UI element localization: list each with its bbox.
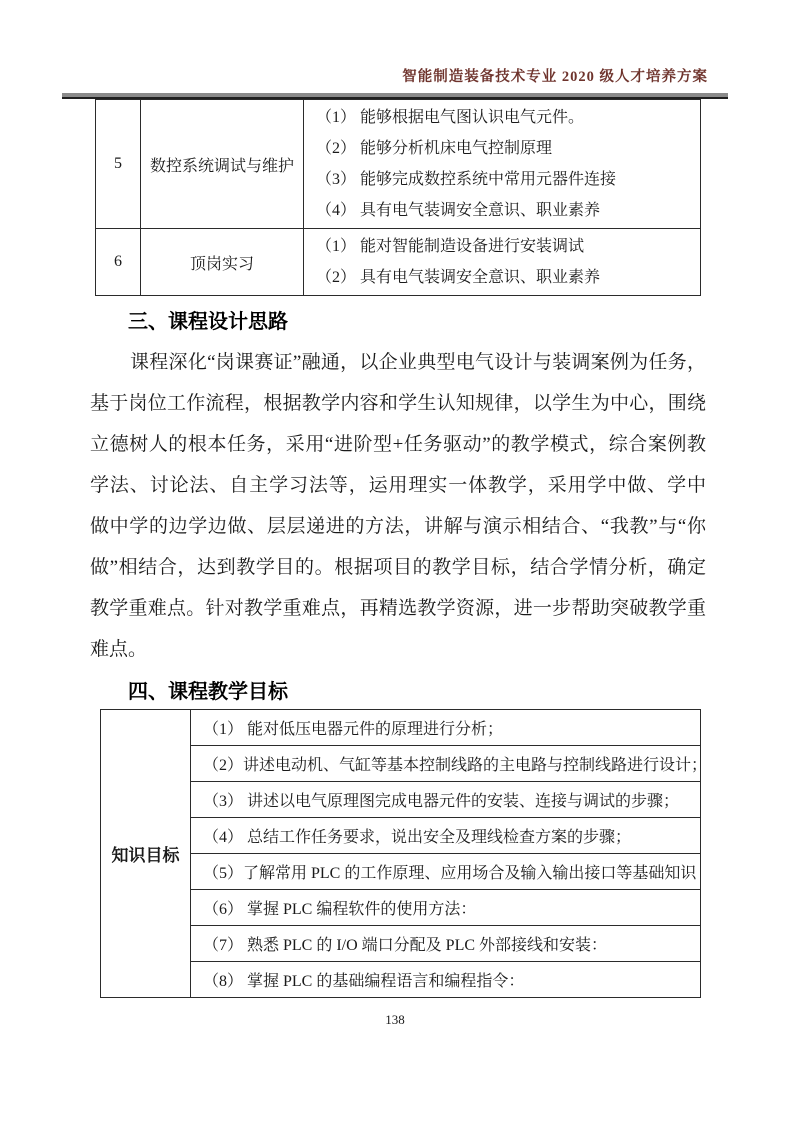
table-row: （4） 总结工作任务要求，说出安全及理线检查方案的步骤； <box>101 818 701 854</box>
objectives-cell: （1） 能对智能制造设备进行安装调试 （2） 具有电气装调安全意识、职业素养 <box>304 229 701 296</box>
document-page: 智能制造装备技术专业 2020 级人才培养方案 5 数控系统调试与维护 （1） … <box>0 0 793 1122</box>
table-row: 知识目标 （1） 能对低压电器元件的原理进行分析； <box>101 710 701 746</box>
design-approach-paragraph: 课程深化“岗课赛证”融通，以企业典型电气设计与装调案例为任务， 基于岗位工作流程… <box>90 342 706 670</box>
knowledge-goals-header-cell: 知识目标 <box>101 710 191 998</box>
goal-item: （5）了解常用 PLC 的工作原理、应用场合及输入输出接口等基础知识。 <box>203 860 696 883</box>
paragraph-line: 教学重难点。针对教学重难点，再精选教学资源，进一步帮助突破教学重 <box>90 588 706 629</box>
goal-item: （6） 掌握 PLC 编程软件的使用方法： <box>203 896 696 919</box>
row-number-cell: 6 <box>96 229 141 296</box>
paragraph-line: 立德树人的根本任务，采用“进阶型+任务驱动”的教学模式，综合案例教 <box>90 424 706 465</box>
goal-cell: （3） 讲述以电气原理图完成电器元件的安装、连接与调试的步骤； <box>191 782 701 818</box>
goal-item: （2）讲述电动机、气缸等基本控制线路的主电路与控制线路进行设计； <box>203 752 696 775</box>
table-row: 5 数控系统调试与维护 （1） 能够根据电气图认识电气元件。 （2） 能够分析机… <box>96 100 701 229</box>
table-row: （7） 熟悉 PLC 的 I/O 端口分配及 PLC 外部接线和安装： <box>101 926 701 962</box>
paragraph-line: 课程深化“岗课赛证”融通，以企业典型电气设计与装调案例为任务， <box>90 342 706 383</box>
table-row: （2）讲述电动机、气缸等基本控制线路的主电路与控制线路进行设计； <box>101 746 701 782</box>
knowledge-goals-table: 知识目标 （1） 能对低压电器元件的原理进行分析； （2）讲述电动机、气缸等基本… <box>100 709 701 998</box>
table-row: 6 顶岗实习 （1） 能对智能制造设备进行安装调试 （2） 具有电气装调安全意识… <box>96 229 701 296</box>
goal-item: （4） 总结工作任务要求，说出安全及理线检查方案的步骤； <box>203 824 696 847</box>
section-heading-design-approach: 三、课程设计思路 <box>128 308 793 336</box>
objective-item: （1） 能够根据电气图认识电气元件。 <box>316 102 696 133</box>
objectives-cell: （1） 能够根据电气图认识电气元件。 （2） 能够分析机床电气控制原理 （3） … <box>304 100 701 229</box>
paragraph-line: 基于岗位工作流程，根据教学内容和学生认知规律，以学生为中心，围绕 <box>90 383 706 424</box>
goal-item: （8） 掌握 PLC 的基础编程语言和编程指令： <box>203 968 696 991</box>
table-row: （5）了解常用 PLC 的工作原理、应用场合及输入输出接口等基础知识。 <box>101 854 701 890</box>
goal-item: （1） 能对低压电器元件的原理进行分析； <box>203 716 696 739</box>
goal-cell: （6） 掌握 PLC 编程软件的使用方法： <box>191 890 701 926</box>
row-number-cell: 5 <box>96 100 141 229</box>
paragraph-line: 做中学的边学边做、层层递进的方法，讲解与演示相结合、“我教”与“你 <box>90 506 706 547</box>
goal-cell: （4） 总结工作任务要求，说出安全及理线检查方案的步骤； <box>191 818 701 854</box>
goal-cell: （1） 能对低压电器元件的原理进行分析； <box>191 710 701 746</box>
goal-cell: （7） 熟悉 PLC 的 I/O 端口分配及 PLC 外部接线和安装： <box>191 926 701 962</box>
objective-item: （2） 具有电气装调安全意识、职业素养 <box>316 262 696 293</box>
table-row: （6） 掌握 PLC 编程软件的使用方法： <box>101 890 701 926</box>
page-number: 138 <box>62 1012 728 1028</box>
paragraph-line: 难点。 <box>90 629 706 670</box>
objective-item: （3） 能够完成数控系统中常用元器件连接 <box>316 164 696 195</box>
course-objectives-table: 5 数控系统调试与维护 （1） 能够根据电气图认识电气元件。 （2） 能够分析机… <box>95 99 701 296</box>
objective-item: （1） 能对智能制造设备进行安装调试 <box>316 231 696 262</box>
objective-item: （4） 具有电气装调安全意识、职业素养 <box>316 195 696 226</box>
document-header-title: 智能制造装备技术专业 2020 级人才培养方案 <box>62 66 728 88</box>
goal-item: （3） 讲述以电气原理图完成电器元件的安装、连接与调试的步骤； <box>203 788 696 811</box>
objective-item: （2） 能够分析机床电气控制原理 <box>316 133 696 164</box>
table-row: （8） 掌握 PLC 的基础编程语言和编程指令： <box>101 962 701 998</box>
paragraph-line: 做”相结合，达到教学目的。根据项目的教学目标，结合学情分析，确定 <box>90 547 706 588</box>
goal-cell: （5）了解常用 PLC 的工作原理、应用场合及输入输出接口等基础知识。 <box>191 854 701 890</box>
goal-item: （7） 熟悉 PLC 的 I/O 端口分配及 PLC 外部接线和安装： <box>203 932 696 955</box>
table-row: （3） 讲述以电气原理图完成电器元件的安装、连接与调试的步骤； <box>101 782 701 818</box>
course-name-cell: 顶岗实习 <box>141 229 304 296</box>
paragraph-line: 学法、讨论法、自主学习法等，运用理实一体教学，采用学中做、学中练、 <box>90 465 706 506</box>
goal-cell: （8） 掌握 PLC 的基础编程语言和编程指令： <box>191 962 701 998</box>
section-heading-teaching-goals: 四、课程教学目标 <box>128 678 793 706</box>
course-name-cell: 数控系统调试与维护 <box>141 100 304 229</box>
goal-cell: （2）讲述电动机、气缸等基本控制线路的主电路与控制线路进行设计； <box>191 746 701 782</box>
